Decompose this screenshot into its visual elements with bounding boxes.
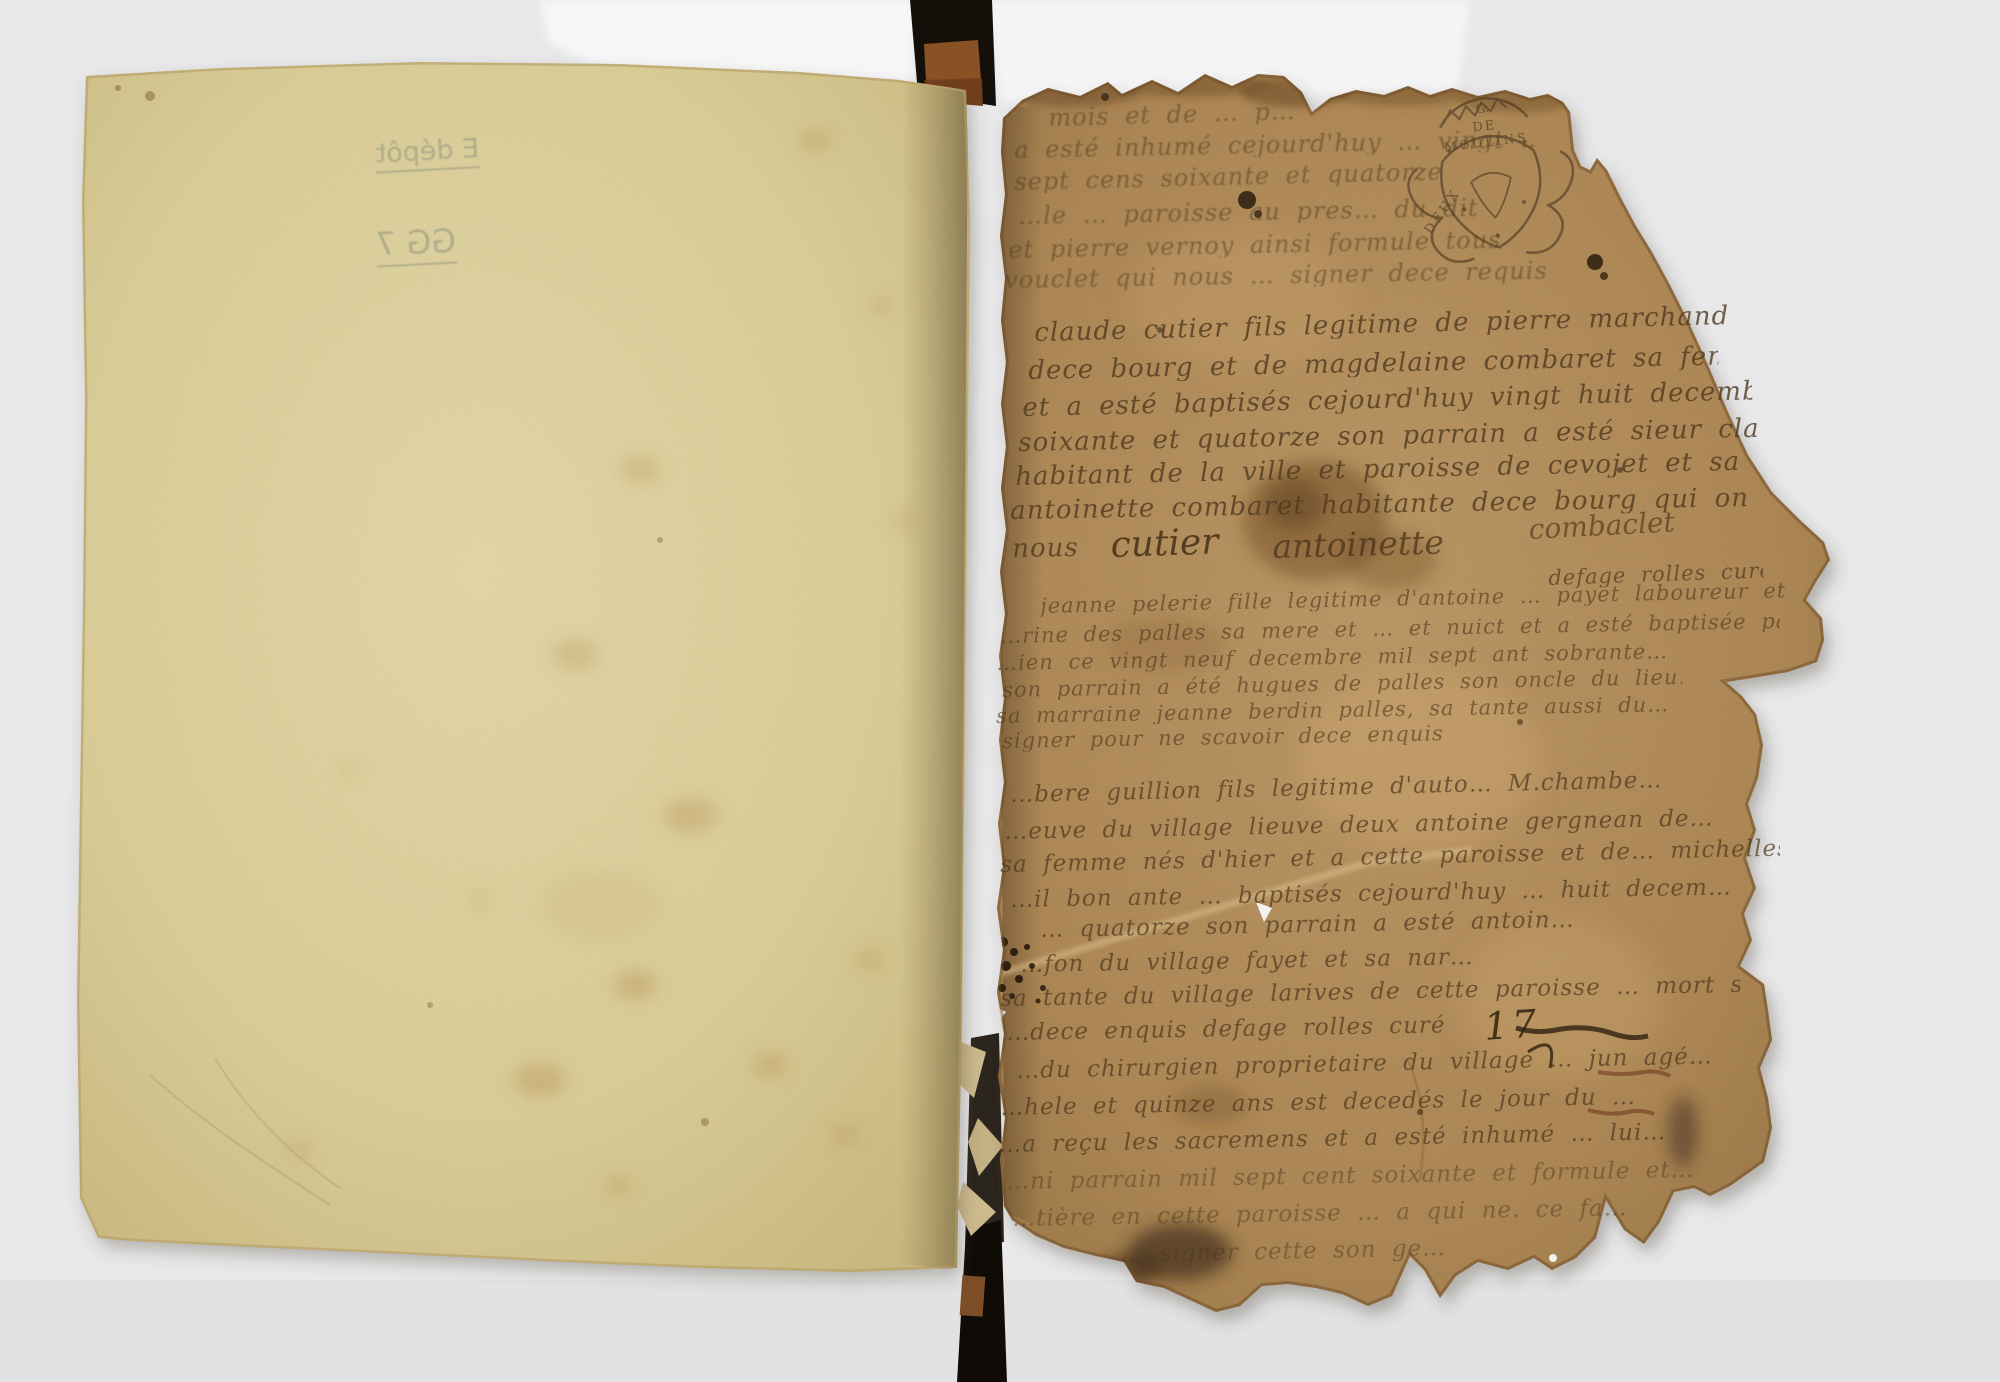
stamp-text-g: G. [1475, 101, 1490, 116]
year-mark: 17 [1483, 1004, 1542, 1046]
signature-cutier: cutier [1110, 524, 1219, 564]
left-page [77, 62, 970, 1272]
shelfmark-number: GG 7 [213, 221, 457, 276]
archival-scan: G. DE MOULINS DEUX E dépôt GG 7 mois et … [0, 0, 2000, 1382]
signature-antoinette: antoinette [1272, 526, 1444, 563]
showthrough-shelfmark: E dépôt GG 7 [209, 133, 490, 357]
manuscript-line: nous [1012, 534, 1102, 562]
signature-combaret: combaclet [1528, 508, 1675, 544]
leather-remnant-bottom [960, 1275, 986, 1317]
